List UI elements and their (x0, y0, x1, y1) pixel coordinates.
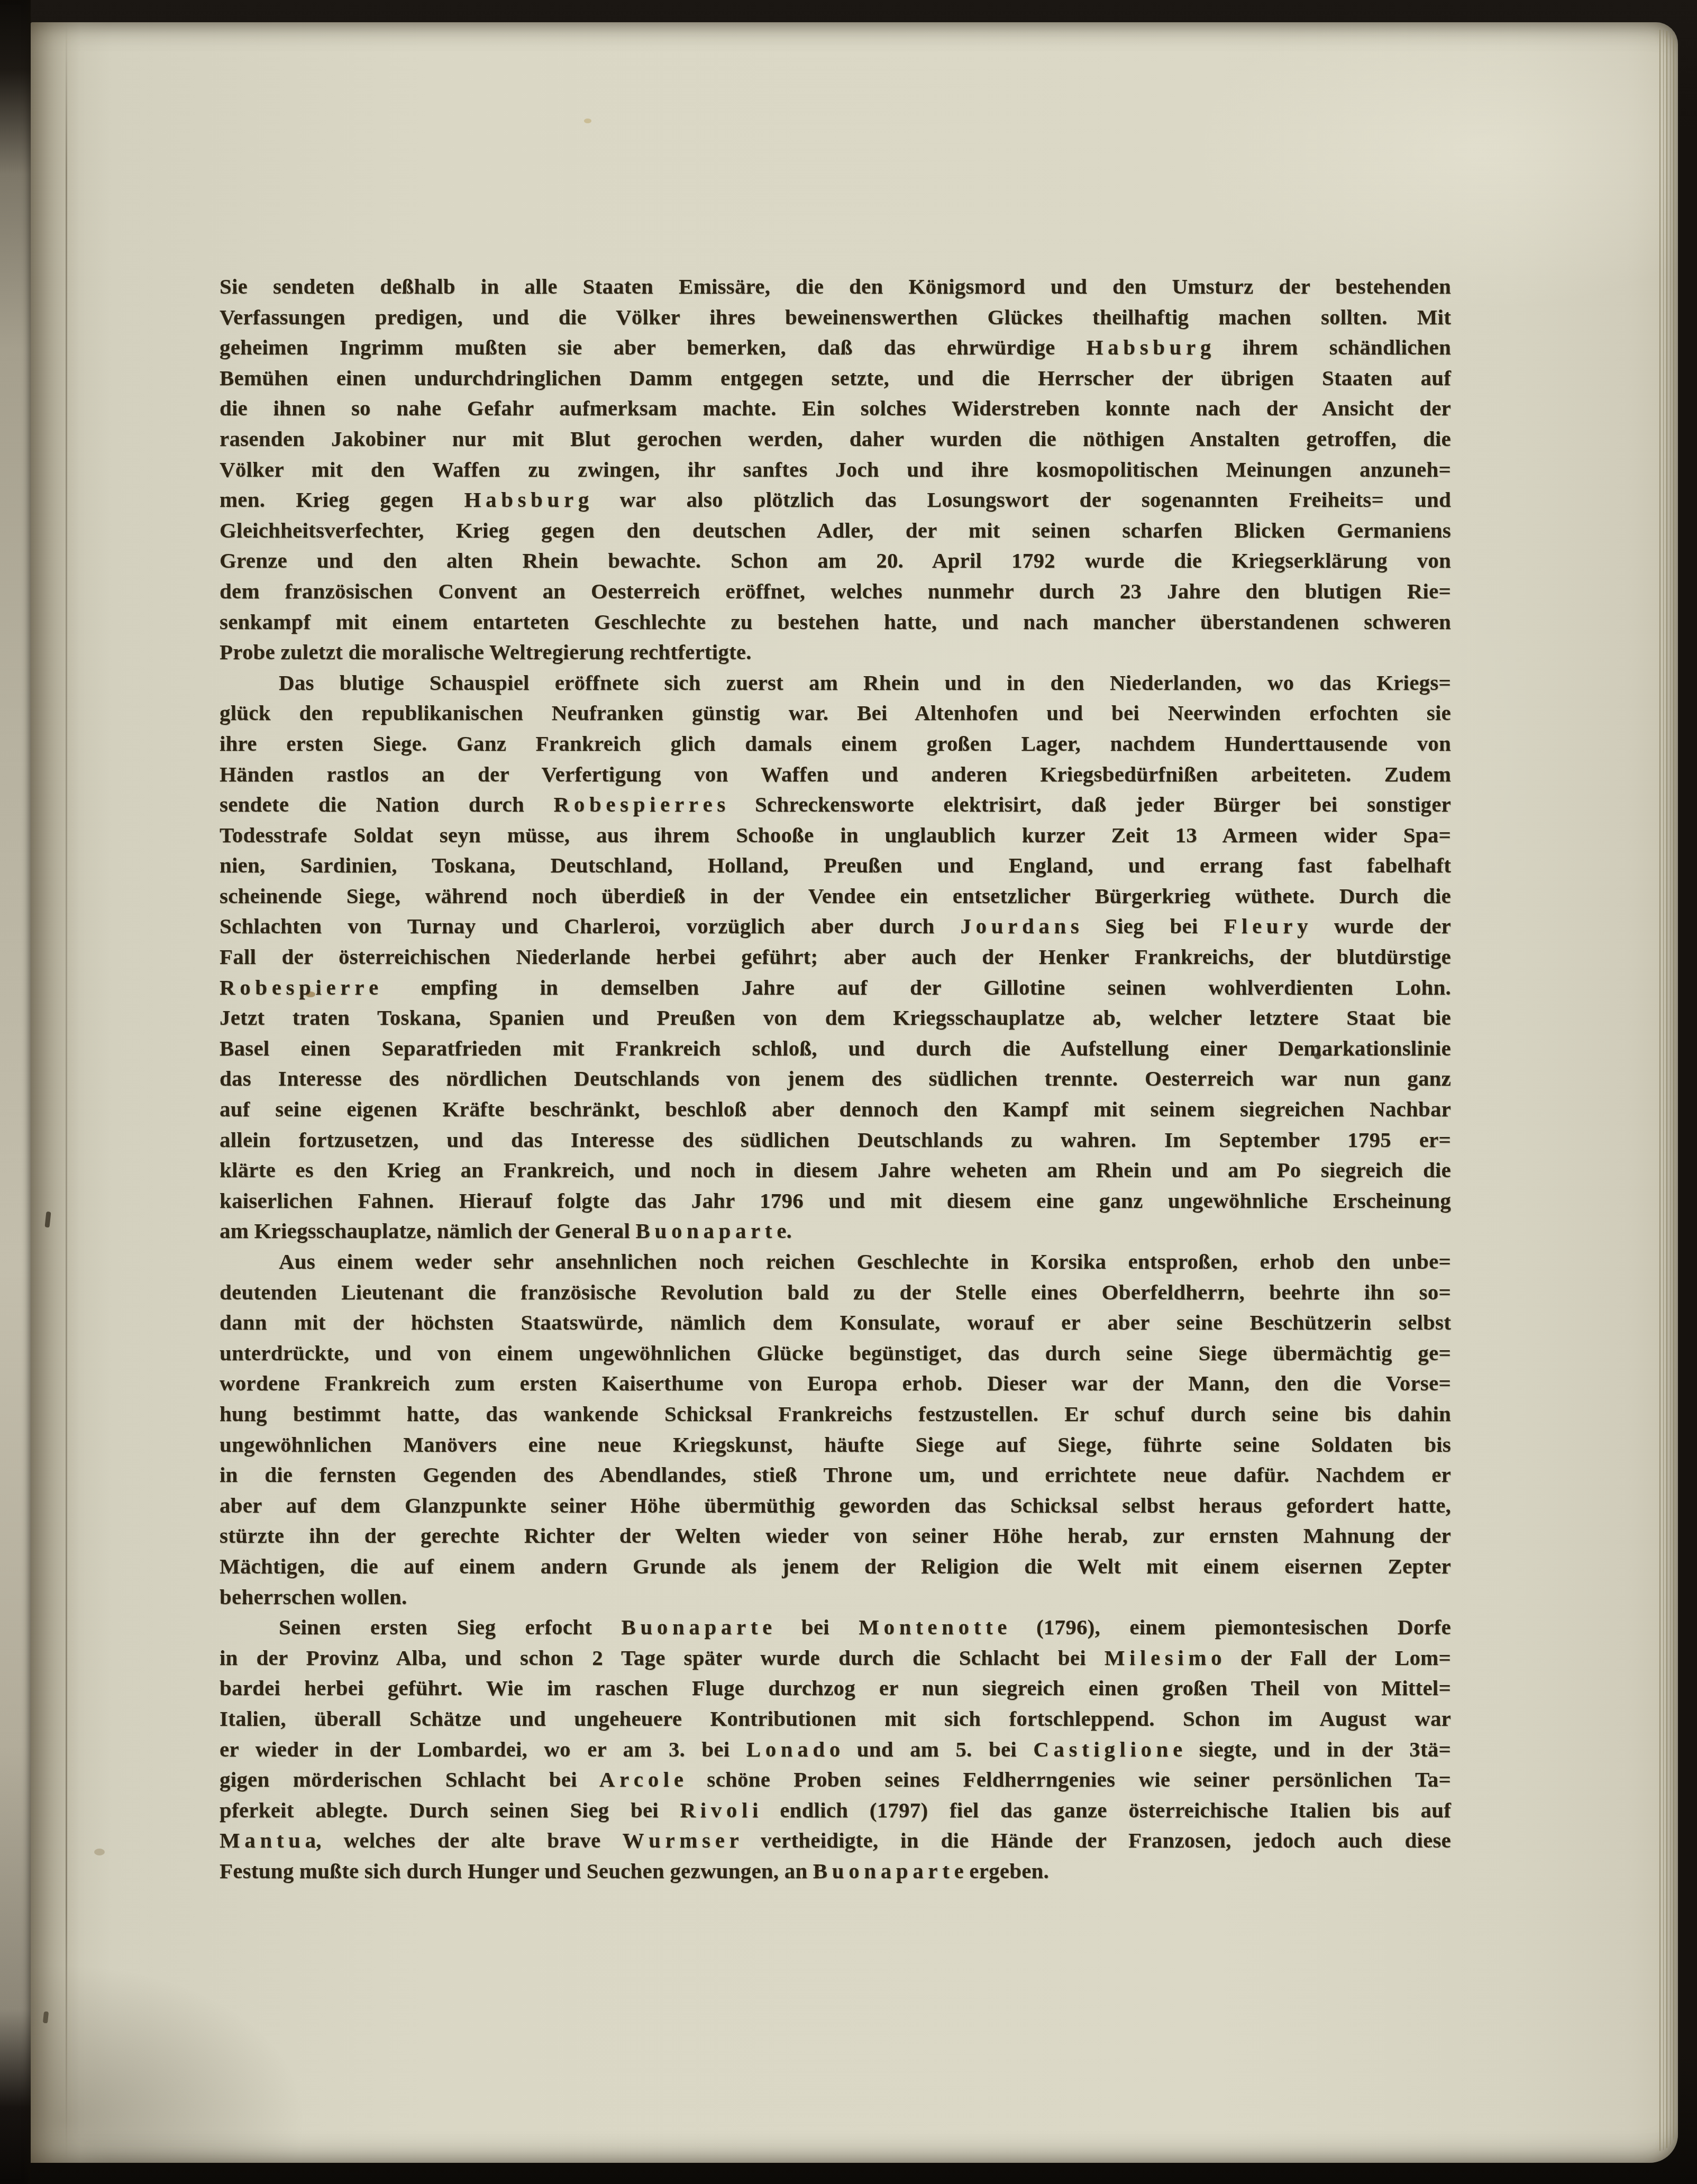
paper-blemish (94, 1849, 105, 1855)
text-line: Italien, überall Schätze und ungeheuere … (220, 1704, 1451, 1734)
text-line: rasenden Jakobiner nur mit Blut gerochen… (220, 424, 1451, 454)
gutter-crease (31, 22, 110, 2163)
text-line: sendete die Nation durch R o b e s p i e… (220, 789, 1451, 820)
text-line: Seinen ersten Sieg erfocht B u o n a p a… (220, 1612, 1451, 1643)
text-line: geheimen Ingrimm mußten sie aber bemerke… (220, 332, 1451, 363)
text-line: nien, Sardinien, Toskana, Deutschland, H… (220, 850, 1451, 881)
text-line: bardei herbei geführt. Wie im raschen Fl… (220, 1673, 1451, 1704)
text-line: das Interesse des nördlichen Deutschland… (220, 1063, 1451, 1094)
text-line: Grenze und den alten Rhein bewachte. Sch… (220, 545, 1451, 576)
text-line: allein fortzusetzen, und das Interesse d… (220, 1125, 1451, 1155)
page-stack-edge-lines (1657, 30, 1675, 2151)
text-line: in der Provinz Alba, und schon 2 Tage sp… (220, 1643, 1451, 1673)
text-line: ungewöhnlichen Manövers eine neue Kriegs… (220, 1430, 1451, 1460)
text-line: Völker mit den Waffen zu zwingen, ihr sa… (220, 454, 1451, 485)
text-line: Basel einen Separatfrieden mit Frankreic… (220, 1033, 1451, 1064)
text-line: Schlachten von Turnay und Charleroi, vor… (220, 911, 1451, 942)
text-line: deutenden Lieutenant die französische Re… (220, 1277, 1451, 1308)
text-line: hung bestimmt hatte, das wankende Schick… (220, 1399, 1451, 1430)
text-line: Sie sendeten deßhalb in alle Staaten Emi… (220, 271, 1451, 302)
text-line: unterdrückte, und von einem ungewöhnlich… (220, 1338, 1451, 1369)
text-line: Mächtigen, die auf einem andern Grunde a… (220, 1551, 1451, 1582)
text-line: R o b e s p i e r r e empfing in demselb… (220, 972, 1451, 1003)
text-line: die ihnen so nahe Gefahr aufmerksam mach… (220, 393, 1451, 424)
text-line: Fall der österreichischen Niederlande he… (220, 942, 1451, 972)
text-line: Probe zuletzt die moralische Weltregieru… (220, 637, 1451, 668)
text-line: ihre ersten Siege. Ganz Frankreich glich… (220, 729, 1451, 759)
text-line: beherrschen wollen. (220, 1582, 1451, 1613)
text-block: Sie sendeten deßhalb in alle Staaten Emi… (220, 271, 1451, 1886)
text-line: wordene Frankreich zum ersten Kaiserthum… (220, 1368, 1451, 1399)
text-line: pferkeit ablegte. Durch seinen Sieg bei … (220, 1795, 1451, 1826)
text-line: aber auf dem Glanzpunkte seiner Höhe übe… (220, 1490, 1451, 1521)
text-line: Das blutige Schauspiel eröffnete sich zu… (220, 668, 1451, 698)
text-line: Händen rastlos an der Verfertigung von W… (220, 759, 1451, 790)
text-line: M a n t u a, welches der alte brave W u … (220, 1825, 1451, 1856)
text-line: Festung mußte sich durch Hunger und Seuc… (220, 1856, 1451, 1887)
text-line: senkampf mit einem entarteten Geschlecht… (220, 607, 1451, 638)
text-line: stürzte ihn der gerechte Richter der Wel… (220, 1521, 1451, 1551)
text-line: klärte es den Krieg an Frankreich, und n… (220, 1155, 1451, 1186)
text-line: scheinende Siege, während noch überdieß … (220, 881, 1451, 912)
book-binding-edge (0, 0, 31, 2184)
text-line: kaiserlichen Fahnen. Hierauf folgte das … (220, 1186, 1451, 1216)
text-line: er wieder in der Lombardei, wo er am 3. … (220, 1734, 1451, 1765)
paper-blemish (584, 119, 591, 123)
text-line: dann mit der höchsten Staatswürde, nämli… (220, 1307, 1451, 1338)
text-line: am Kriegsschauplatze, nämlich der Genera… (220, 1216, 1451, 1246)
book-scan: Sie sendeten deßhalb in alle Staaten Emi… (0, 0, 1697, 2184)
text-line: Bemühen einen undurchdringlichen Damm en… (220, 363, 1451, 394)
book-page: Sie sendeten deßhalb in alle Staaten Emi… (31, 22, 1678, 2163)
gutter-crease-line (66, 22, 67, 2163)
text-line: in die fernsten Gegenden des Abendlandes… (220, 1460, 1451, 1490)
text-line: Gleichheitsverfechter, Krieg gegen den d… (220, 515, 1451, 546)
text-line: Verfassungen predigen, und die Völker ih… (220, 302, 1451, 333)
text-line: Aus einem weder sehr ansehnlichen noch r… (220, 1246, 1451, 1277)
text-line: glück den republikanischen Neufranken gü… (220, 698, 1451, 729)
text-line: men. Krieg gegen H a b s b u r g war als… (220, 485, 1451, 515)
text-line: auf seine eigenen Kräfte beschränkt, bes… (220, 1094, 1451, 1125)
text-line: gigen mörderischen Schlacht bei A r c o … (220, 1764, 1451, 1795)
text-line: dem französischen Convent an Oesterreich… (220, 576, 1451, 607)
text-line: Jetzt traten Toskana, Spanien und Preuße… (220, 1003, 1451, 1033)
text-line: Todesstrafe Soldat seyn müsse, aus ihrem… (220, 820, 1451, 851)
